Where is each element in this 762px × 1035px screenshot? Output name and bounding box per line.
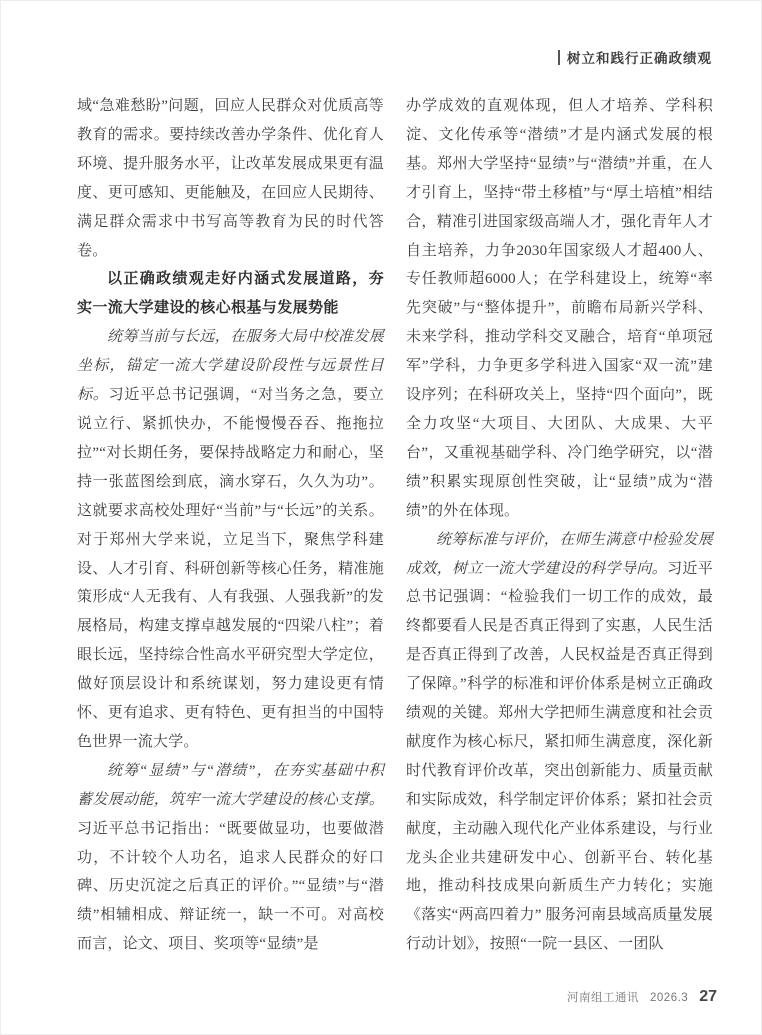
text-segment-normal: 办学成效的直观体现，但人才培养、学科积淀、文化传承等“潜绩”才是内涵式发展的根基… bbox=[406, 98, 713, 519]
text-segment-normal: 域“急难愁盼”问题，回应人民群众对优质高等教育的需求。要持续改善办学条件、优化育… bbox=[77, 98, 384, 259]
paragraph: 统筹当前与长远，在服务大局中校准发展坐标，锚定一流大学建设阶段性与远景性目标。习… bbox=[77, 323, 384, 757]
text-segment-kai: 统筹“显绩”与“潜绩”，在夯实基础中积蓄发展动能，筑牢一流大学建设的核心支撑。 bbox=[77, 763, 384, 808]
text-segment-bold: 以正确政绩观走好内涵式发展道路，夯实一流大学建设的核心根基与发展势能 bbox=[77, 270, 384, 316]
text-segment-normal: 习近平总书记强调：“检验我们一切工作的成效，最终都要看人民是否真正得到了实惠，人… bbox=[406, 561, 713, 953]
paragraph: 统筹“显绩”与“潜绩”，在夯实基础中积蓄发展动能，筑牢一流大学建设的核心支撑。习… bbox=[77, 757, 384, 959]
running-head-title: 树立和践行正确政绩观 bbox=[567, 47, 712, 67]
paragraph: 统筹标准与评价，在师生满意中检验发展成效，树立一流大学建设的科学导向。习近平总书… bbox=[406, 526, 713, 960]
running-head-bar bbox=[558, 50, 560, 65]
running-head: 树立和践行正确政绩观 bbox=[558, 47, 712, 67]
paragraph: 域“急难愁盼”问题，回应人民群众对优质高等教育的需求。要持续改善办学条件、优化育… bbox=[77, 92, 384, 265]
footer-page-number: 27 bbox=[699, 988, 717, 1006]
column-right: 办学成效的直观体现，但人才培养、学科积淀、文化传承等“潜绩”才是内涵式发展的根基… bbox=[406, 92, 713, 959]
paragraph: 办学成效的直观体现，但人才培养、学科积淀、文化传承等“潜绩”才是内涵式发展的根基… bbox=[406, 92, 713, 526]
text-segment-normal: 习近平总书记强调，“对当务之急，要立说立行、紧抓快办，不能慢慢吞吞、拖拖拉拉”“… bbox=[77, 387, 384, 750]
footer-issue: 2026.3 bbox=[650, 992, 688, 1004]
magazine-page: 树立和践行正确政绩观 域“急难愁盼”问题，回应人民群众对优质高等教育的需求。要持… bbox=[0, 0, 762, 1035]
section-heading: 以正确政绩观走好内涵式发展道路，夯实一流大学建设的核心根基与发展势能 bbox=[77, 265, 384, 323]
text-segment-normal: 习近平总书记指出：“既要做显功，也要做潜功，不计较个人功名，追求人民群众的好口碑… bbox=[77, 821, 384, 953]
footer-journal-name: 河南组工通讯 bbox=[567, 989, 639, 1005]
page-footer: 河南组工通讯 2026.3 27 bbox=[567, 988, 717, 1006]
column-left: 域“急难愁盼”问题，回应人民群众对优质高等教育的需求。要持续改善办学条件、优化育… bbox=[77, 92, 384, 959]
article-body: 域“急难愁盼”问题，回应人民群众对优质高等教育的需求。要持续改善办学条件、优化育… bbox=[77, 92, 713, 959]
